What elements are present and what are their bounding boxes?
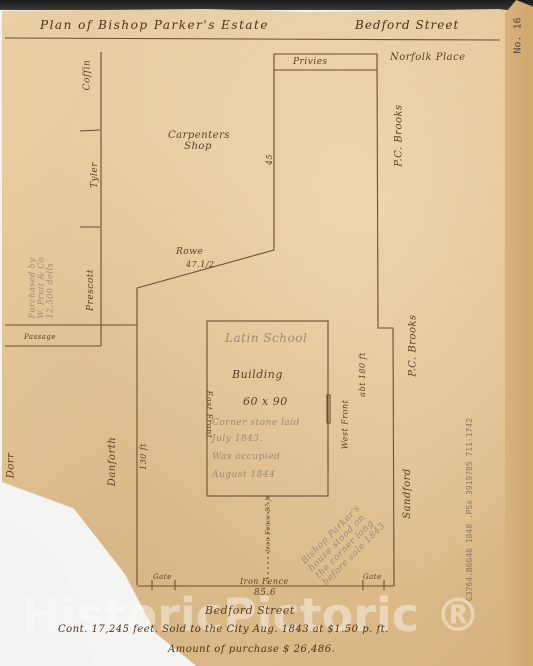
building-size: 60 x 90	[243, 395, 288, 408]
building-note-3: Was occupied	[212, 452, 280, 462]
dimension-abt-180ft: abt 180 ft	[358, 352, 367, 397]
label-pc-brooks-mid: P.C. Brooks	[408, 314, 419, 376]
dimension-130ft: 130 ft	[139, 443, 148, 470]
label-passage: Passage	[24, 333, 56, 341]
title-rule	[5, 38, 500, 40]
footer-line-1: Cont. 17,245 feet. Sold to the City Aug.…	[58, 624, 389, 635]
label-sandford: Sandford	[402, 468, 413, 519]
label-rowe: Rowe	[176, 247, 203, 257]
catalog-number-top: No. 16	[513, 17, 524, 53]
label-bedford-street: Bedford Street	[205, 604, 295, 617]
dimension-45: 45	[265, 154, 274, 165]
fence-line-note: Iron Fence 87 ft	[265, 495, 272, 552]
dimension-47: 47.1/2	[186, 260, 215, 269]
label-norfolk-place: Norfolk Place	[390, 52, 466, 63]
label-gate-left: Gate	[153, 573, 172, 581]
map-title: Plan of Bishop Parker's Estate	[40, 18, 269, 32]
label-dorr: Dorr	[5, 453, 16, 479]
map-title-street: Bedford Street	[355, 18, 459, 32]
label-privies: Privies	[293, 57, 328, 67]
building-name: Building	[232, 368, 283, 381]
building-note-4: August 1844	[212, 470, 275, 480]
lot-tick-1	[80, 130, 100, 131]
footer-line-2: Amount of purchase $ 26,486.	[168, 644, 335, 655]
label-east-front: East Front	[205, 390, 214, 438]
label-coffin: Coffin	[82, 60, 92, 91]
building-pencil-name: Latin School	[225, 331, 307, 345]
label-danforth: Danforth	[107, 437, 118, 486]
label-pc-brooks-top: P.C. Brooks	[394, 104, 405, 166]
label-iron-fence: Iron Fence	[240, 577, 289, 586]
label-tyler: Tyler	[90, 162, 100, 188]
label-gate-right: Gate	[363, 573, 382, 581]
label-west-front: West Front	[340, 400, 349, 450]
building-note-2: July 1843.	[212, 434, 263, 444]
pencil-note-left: Purchased by W. Pruit & Co 12,500 dolls	[28, 249, 55, 319]
catalog-number-side: G3764.B6G46 1848 .P5x 3919705 711-1742	[465, 418, 474, 601]
building-note-1: Corner stone laid	[212, 418, 300, 428]
label-carpenters-shop: Carpenters Shop	[168, 130, 228, 152]
label-prescott: Prescott	[86, 269, 96, 311]
